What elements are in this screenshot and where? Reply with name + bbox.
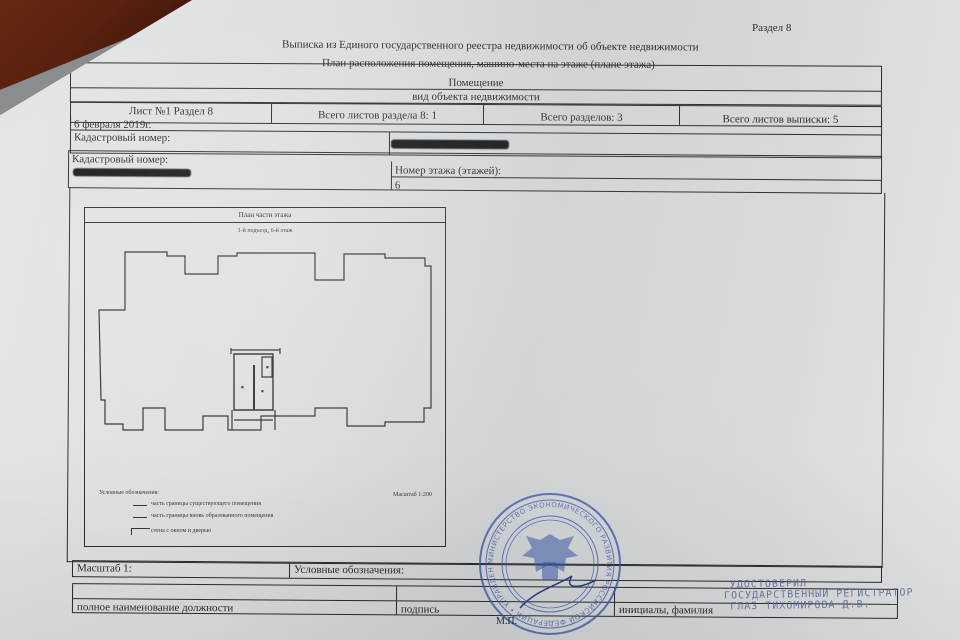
stamp-line-certified: УДОСТОВЕРИЛ bbox=[730, 576, 914, 590]
position-caption: полное наименование должности bbox=[77, 601, 233, 614]
object-type: Помещение bbox=[71, 75, 881, 91]
cadastral-number-label-2: Кадастровый номер: bbox=[72, 153, 168, 166]
signature-scribble bbox=[520, 576, 596, 608]
footer-scale-row: Масштаб 1: Условные обозначения: bbox=[72, 560, 882, 583]
object-type-table: Помещение вид объекта недвижимости bbox=[70, 62, 882, 106]
cadastral-number-redacted bbox=[391, 139, 509, 149]
svg-text:■: ■ bbox=[261, 389, 264, 393]
floor-plan-scale: Масштаб 1:200 bbox=[393, 492, 432, 498]
legend-wall-symbol bbox=[131, 528, 150, 535]
total-sheets: Всего листов выписки: 5 bbox=[680, 113, 881, 126]
floor-label: Номер этажа (этажей): bbox=[395, 164, 501, 177]
sheets-in-section: Всего листов раздела 8: 1 bbox=[272, 109, 483, 122]
legend-line-existing bbox=[133, 505, 147, 506]
official-seal: МИНИСТЕРСТВО ЭКОНОМИЧЕСКОГО РАЗВИТИЯ РОС… bbox=[476, 490, 624, 638]
floor-value: 6 bbox=[395, 179, 401, 191]
footer-legend-label: Условные обозначения: bbox=[294, 564, 404, 577]
initials-caption: инициалы, фамилия bbox=[619, 604, 713, 617]
signature-row: полное наименование должности подпись ин… bbox=[72, 583, 898, 619]
signature-caption: подпись bbox=[401, 603, 439, 615]
svg-text:■: ■ bbox=[241, 385, 244, 389]
legend-line-new bbox=[133, 517, 147, 518]
registrar-stamp: УДОСТОВЕРИЛ ГОСУДАРСТВЕННЫЙ РЕГИСТРАТОР … bbox=[724, 576, 914, 612]
plan-frame bbox=[67, 187, 886, 568]
floor-plan-drawing: ■■■ bbox=[85, 240, 445, 450]
object-type-caption: вид объекта недвижимости bbox=[71, 89, 881, 105]
extract-date: 6 февраля 2019г. bbox=[74, 119, 151, 131]
total-sections: Всего разделов: 3 bbox=[484, 111, 679, 124]
svg-text:МИНИСТЕРСТВО ЭКОНОМИЧЕСКОГО РА: МИНИСТЕРСТВО ЭКОНОМИЧЕСКОГО РАЗВИТИЯ РОС… bbox=[476, 490, 613, 627]
stamp-line-registrar: ГОСУДАРСТВЕННЫЙ РЕГИСТРАТОР bbox=[724, 587, 914, 601]
sheet-info-row: Лист №1 Раздел 8 Всего листов раздела 8:… bbox=[70, 102, 882, 127]
sheet-label: Лист №1 Раздел 8 bbox=[71, 105, 271, 118]
document-title: Выписка из Единого государственного реес… bbox=[282, 39, 699, 54]
footer-scale-label: Масштаб 1: bbox=[77, 562, 132, 574]
seal-text: МИНИСТЕРСТВО ЭКОНОМИЧЕСКОГО РАЗВИТИЯ РОС… bbox=[476, 490, 613, 627]
cadastral-number-redacted-2 bbox=[73, 168, 191, 177]
stamp-line-name: ГЛАЗ ТИХОМИРОВА Д.В. bbox=[730, 598, 914, 612]
seal-label: М.П. bbox=[496, 616, 517, 627]
floor-plan-title: План части этажа bbox=[85, 208, 445, 223]
svg-text:■: ■ bbox=[266, 365, 269, 369]
legend-title: Условные обозначения: bbox=[99, 490, 159, 496]
cadastral-number-label: Кадастровый номер: bbox=[74, 132, 170, 145]
document-page: Раздел 8 Выписка из Единого государствен… bbox=[0, 0, 960, 640]
legend-item-new: часть границы вновь образованного помеще… bbox=[151, 513, 273, 519]
cadastral-floor-block: Кадастровый номер: Номер этажа (этажей):… bbox=[68, 150, 882, 194]
date-cadastral-block: 6 февраля 2019г. Кадастровый номер: bbox=[70, 116, 882, 159]
document-subtitle: План расположения помещения, машино-мест… bbox=[322, 57, 655, 71]
floor-plan: План части этажа 1-й подъезд, 6-й этаж ■… bbox=[84, 207, 446, 547]
legend-item-existing: часть границы существующего помещения bbox=[151, 501, 261, 507]
floor-plan-subtitle: 1-й подъезд, 6-й этаж bbox=[85, 228, 445, 234]
legend-item-wall: стена с окном и дверью bbox=[151, 528, 211, 534]
section-label: Раздел 8 bbox=[752, 22, 791, 34]
